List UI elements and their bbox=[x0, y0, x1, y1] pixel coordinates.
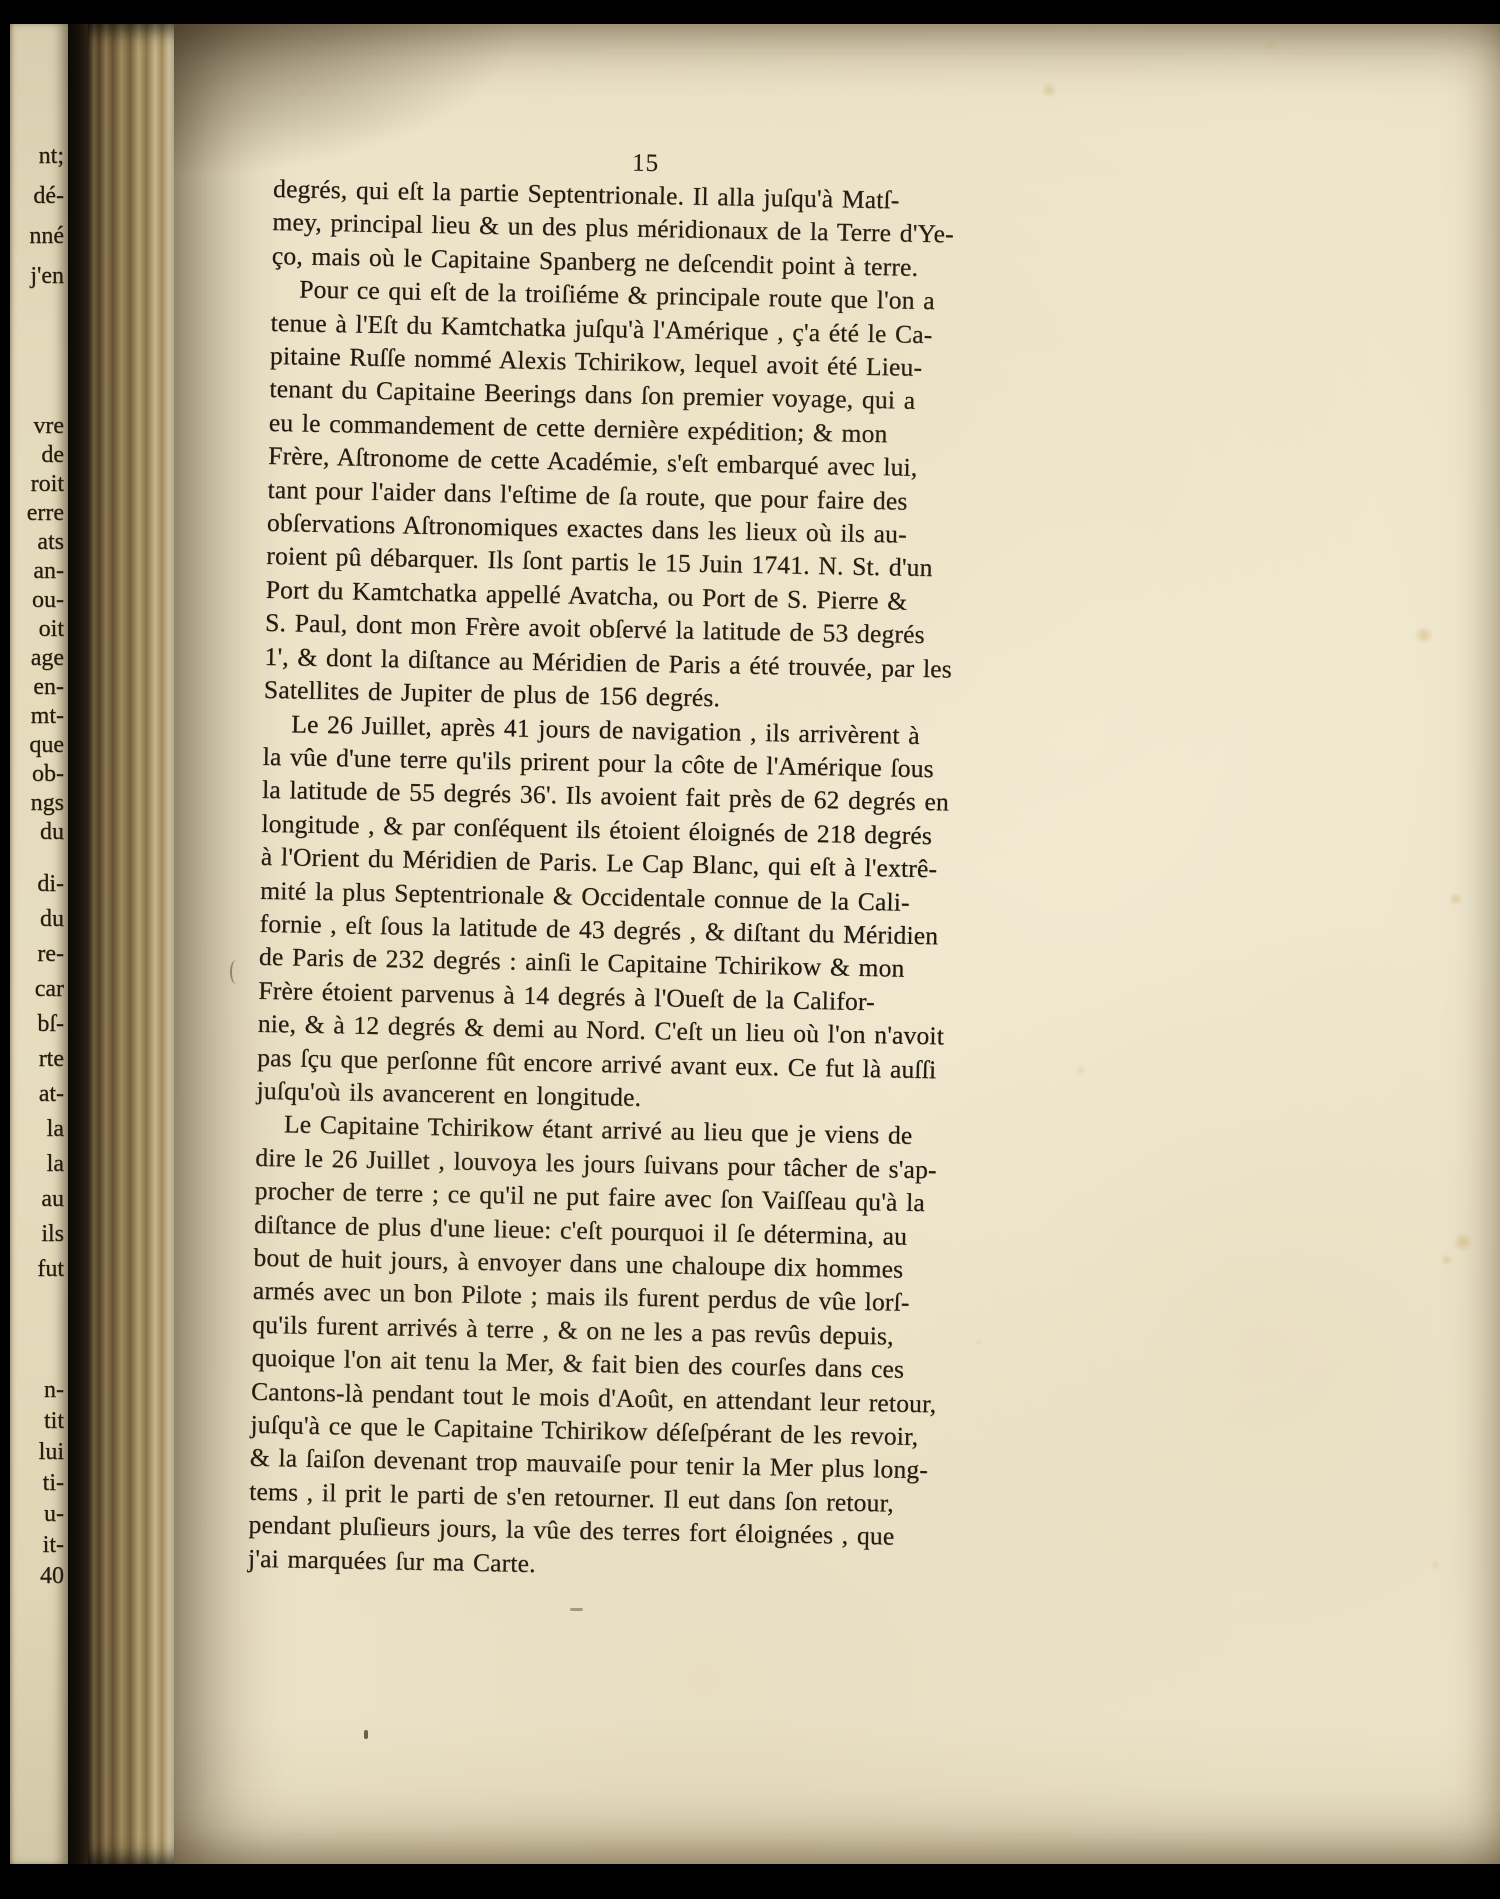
fragment-line: at- bbox=[10, 1077, 68, 1112]
fragment-line: de bbox=[10, 441, 68, 470]
paragraph: Le Capitaine Tchirikow étant arrivé au l… bbox=[248, 1107, 1026, 1589]
foxing-spot bbox=[1448, 892, 1463, 906]
fragment-line: re- bbox=[10, 937, 68, 972]
fragment-line: du bbox=[10, 902, 68, 937]
fragment-line: erre bbox=[10, 499, 68, 528]
fragment-line: age bbox=[10, 644, 68, 673]
fragment-line: oit bbox=[10, 615, 68, 644]
fragment-line: que bbox=[10, 731, 68, 760]
foxing-spot bbox=[1440, 1254, 1453, 1266]
foxing-spot bbox=[1264, 40, 1277, 52]
fragment-group: di-dure-carbſ-rteat-lalaauilsfut bbox=[10, 867, 68, 1287]
fragment-line: ob- bbox=[10, 760, 68, 789]
fragment-line: la bbox=[10, 1112, 68, 1147]
fragment-line: dé- bbox=[10, 176, 68, 216]
fragment-line: ou- bbox=[10, 586, 68, 615]
fragment-line: di- bbox=[10, 867, 68, 902]
fragment-line: ats bbox=[10, 528, 68, 557]
fragment-line: n- bbox=[10, 1375, 68, 1406]
ink-speck bbox=[570, 1608, 583, 1611]
fragment-line: au bbox=[10, 1182, 68, 1217]
scanned-book-photo: nt;dé-nnéj'envrederoiterreatsan-ou-oitag… bbox=[0, 0, 1500, 1899]
binding-gutter bbox=[68, 24, 88, 1864]
fragment-line: ngs bbox=[10, 789, 68, 818]
foxing-spot bbox=[1074, 1064, 1087, 1076]
paragraph: degrés, qui eſt la partie Septentrionale… bbox=[272, 172, 1044, 286]
fragment-line: rte bbox=[10, 1042, 68, 1077]
stray-mark bbox=[230, 960, 242, 984]
stacked-page-edges bbox=[88, 24, 174, 1864]
fragment-line: ils bbox=[10, 1217, 68, 1252]
foxing-spot bbox=[1040, 82, 1058, 98]
paragraph: Pour ce qui eſt de la troiſiéme & princi… bbox=[264, 272, 1042, 720]
fragment-line: fut bbox=[10, 1252, 68, 1287]
fragment-line: car bbox=[10, 972, 68, 1007]
fragment-line: an- bbox=[10, 557, 68, 586]
paragraph: Le 26 Juillet, après 41 jours de navigat… bbox=[256, 706, 1033, 1121]
fragment-line: u- bbox=[10, 1499, 68, 1530]
fragment-group: nt;dé-nnéj'en bbox=[10, 136, 68, 296]
fragment-line: en- bbox=[10, 673, 68, 702]
book-page: 15 degrés, qui eſt la partie Septentrion… bbox=[174, 24, 1500, 1864]
fragment-line: bſ- bbox=[10, 1007, 68, 1042]
fragment-line: vre bbox=[10, 412, 68, 441]
fragment-line: tit bbox=[10, 1406, 68, 1437]
foxing-spot bbox=[298, 88, 309, 98]
fragment-line: ti- bbox=[10, 1468, 68, 1499]
fragment-line: nt; bbox=[10, 136, 68, 176]
foxing-spot bbox=[1414, 626, 1434, 644]
fragment-group: vrederoiterreatsan-ou-oitageen-mt-queob-… bbox=[10, 412, 68, 847]
ink-speck bbox=[364, 1730, 368, 1739]
fragment-line: du bbox=[10, 818, 68, 847]
fragment-line: mt- bbox=[10, 702, 68, 731]
fragment-line: lui bbox=[10, 1437, 68, 1468]
page-text-block: 15 degrés, qui eſt la partie Septentrion… bbox=[248, 142, 1044, 1589]
foxing-spot bbox=[1430, 1560, 1441, 1570]
fragment-line: j'en bbox=[10, 256, 68, 296]
fragments-container: nt;dé-nnéj'envrederoiterreatsan-ou-oitag… bbox=[10, 136, 68, 1592]
fragment-line: roit bbox=[10, 470, 68, 499]
fragment-line: it- bbox=[10, 1530, 68, 1561]
fragment-group: n-titluiti-u-it-40 bbox=[10, 1375, 68, 1592]
fragment-line: la bbox=[10, 1147, 68, 1182]
fragment-line: 40 bbox=[10, 1561, 68, 1592]
previous-page-edge: nt;dé-nnéj'envrederoiterreatsan-ou-oitag… bbox=[10, 24, 68, 1864]
paragraphs-container: degrés, qui eſt la partie Septentrionale… bbox=[248, 172, 1044, 1589]
fragment-line: nné bbox=[10, 216, 68, 256]
foxing-spot bbox=[1452, 1232, 1474, 1252]
